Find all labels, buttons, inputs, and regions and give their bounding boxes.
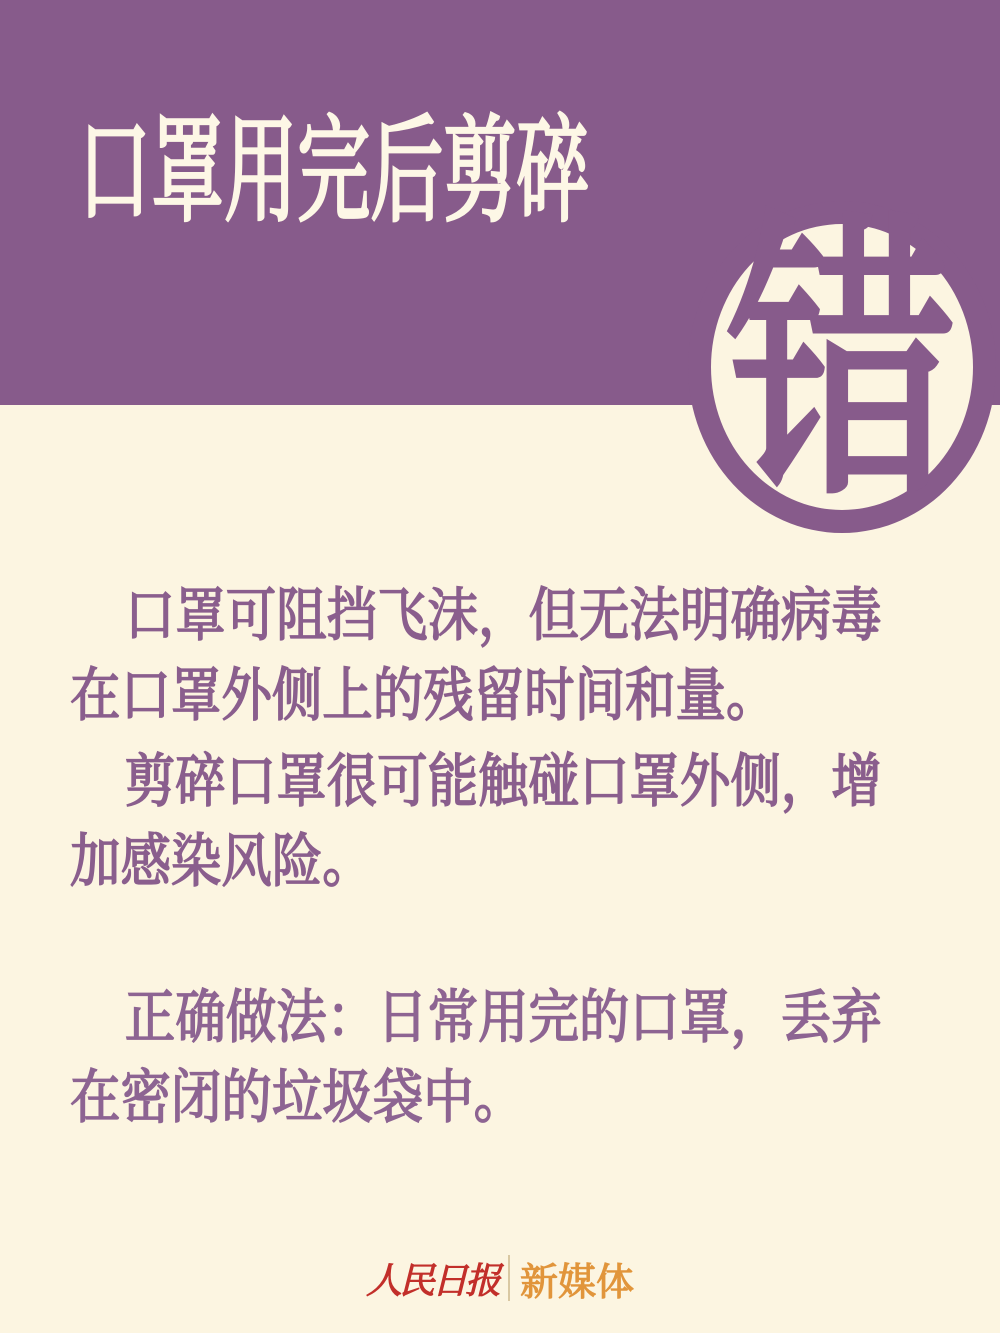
logo-divider <box>508 1255 510 1301</box>
paragraph-3-line-1: 正确做法：日常用完的口罩，丢弃 <box>70 977 933 1057</box>
peoples-daily-logo: 人民日报 <box>366 1253 498 1304</box>
paragraph-1-line-2: 在口罩外侧上的残留时间和量。 <box>70 655 933 735</box>
poster-title: 口罩用完后剪碎 <box>78 108 590 236</box>
paragraph-1: 口罩可阻挡飞沫，但无法明确病毒 在口罩外侧上的残留时间和量。 <box>70 575 933 735</box>
footer-logo: 人民日报 新媒体 <box>0 1243 1000 1313</box>
wrong-character: 错 <box>728 210 956 510</box>
paragraph-1-line-1: 口罩可阻挡飞沫，但无法明确病毒 <box>70 575 933 655</box>
paragraph-2-line-2: 加感染风险。 <box>70 821 933 901</box>
paragraph-3-correct-method: 正确做法：日常用完的口罩，丢弃 在密闭的垃圾袋中。 <box>70 977 933 1137</box>
body-text: 口罩可阻挡飞沫，但无法明确病毒 在口罩外侧上的残留时间和量。 剪碎口罩很可能触碰… <box>70 575 933 1137</box>
poster: 口罩用完后剪碎 错 口罩可阻挡飞沫，但无法明确病毒 在口罩外侧上的残留时间和量。… <box>0 0 1000 1333</box>
paragraph-2-line-1: 剪碎口罩很可能触碰口罩外侧，增 <box>70 741 933 821</box>
wrong-stamp-badge: 错 <box>688 201 996 533</box>
paragraph-3-line-2: 在密闭的垃圾袋中。 <box>70 1057 933 1137</box>
paragraph-2: 剪碎口罩很可能触碰口罩外侧，增 加感染风险。 <box>70 741 933 901</box>
new-media-label: 新媒体 <box>520 1251 634 1306</box>
